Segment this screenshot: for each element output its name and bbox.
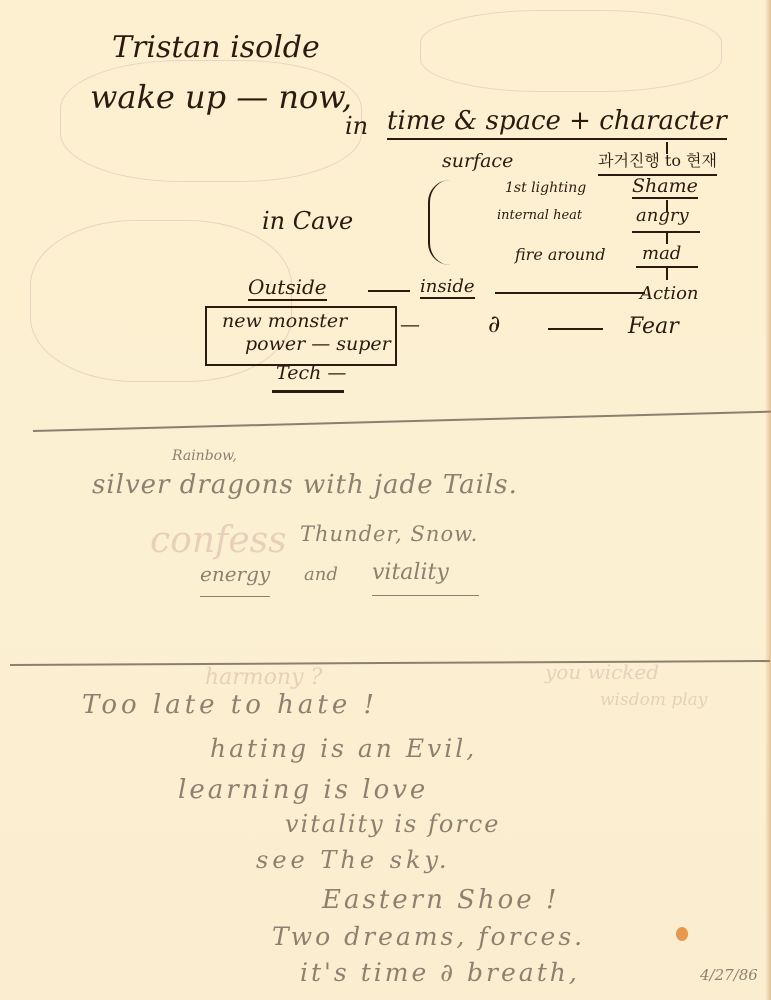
poem-line: Too late to hate !	[82, 690, 378, 720]
line-silver-dragons: silver dragons with jade Tails.	[92, 470, 518, 500]
label-tech: Tech —	[276, 362, 346, 384]
poem-line: hating is an Evil,	[210, 734, 477, 763]
line-thunder-snow: Thunder, Snow.	[300, 522, 478, 546]
cave-cause: internal heat	[497, 208, 582, 223]
dash-line	[368, 290, 410, 292]
line-in-prefix: in	[345, 112, 368, 140]
label-in-cave: in Cave	[262, 207, 353, 235]
poem-line: it's time ∂ breath,	[300, 958, 580, 987]
underline-tech	[272, 390, 344, 393]
time-space-character: time & space + character	[387, 106, 727, 140]
date-note: 4/27/86	[700, 966, 758, 984]
dash-line	[495, 292, 645, 294]
korean-note: 과거진행 to 현재	[598, 148, 717, 176]
poem-line: Two dreams, forces.	[272, 922, 585, 951]
bleed-through-text: harmony ?	[205, 665, 322, 690]
ink-stain-spot	[676, 927, 688, 941]
bleed-through-sketch	[420, 10, 722, 92]
cave-cause: fire around	[515, 245, 606, 264]
bleed-through-text: you wicked	[545, 660, 659, 684]
word-energy: energy	[200, 562, 270, 597]
dash: —	[400, 312, 420, 336]
box-line-new-monster: new monster	[222, 310, 347, 332]
label-fear: Fear	[628, 314, 679, 339]
notebook-page: confess harmony ? you wicked wisdom play…	[0, 0, 771, 1000]
word-vitality: vitality	[372, 560, 479, 596]
poem-line: see The sky.	[256, 846, 451, 874]
connector-tick	[666, 268, 668, 280]
label-outside: Outside	[248, 275, 327, 301]
bleed-through-text: confess	[150, 520, 287, 561]
title-tristan-isolde: Tristan isolde	[112, 30, 320, 65]
cave-emotion: angry	[636, 205, 689, 226]
bleed-through-text: wisdom play	[600, 690, 707, 710]
bracket	[428, 180, 450, 265]
page-edge	[765, 0, 771, 1000]
label-inside: inside	[420, 276, 475, 299]
insert-rainbow: Rainbow,	[172, 448, 237, 464]
dash-line	[548, 328, 603, 330]
poem-line: Eastern Shoe !	[322, 885, 559, 915]
symbol-delta: ∂	[488, 310, 500, 338]
box-line-power-super: power — super	[245, 333, 391, 355]
poem-line: vitality is force	[285, 810, 500, 838]
section-divider	[33, 411, 771, 432]
cave-emotion: Shame	[632, 175, 698, 199]
word-and: and	[304, 564, 338, 585]
line-wake-up: wake up — now,	[90, 78, 352, 116]
cave-cause: 1st lighting	[505, 180, 586, 196]
cave-emotion: mad	[642, 243, 681, 264]
label-surface: surface	[442, 150, 513, 172]
poem-line: learning is love	[178, 775, 428, 805]
label-action: Action	[640, 283, 699, 304]
